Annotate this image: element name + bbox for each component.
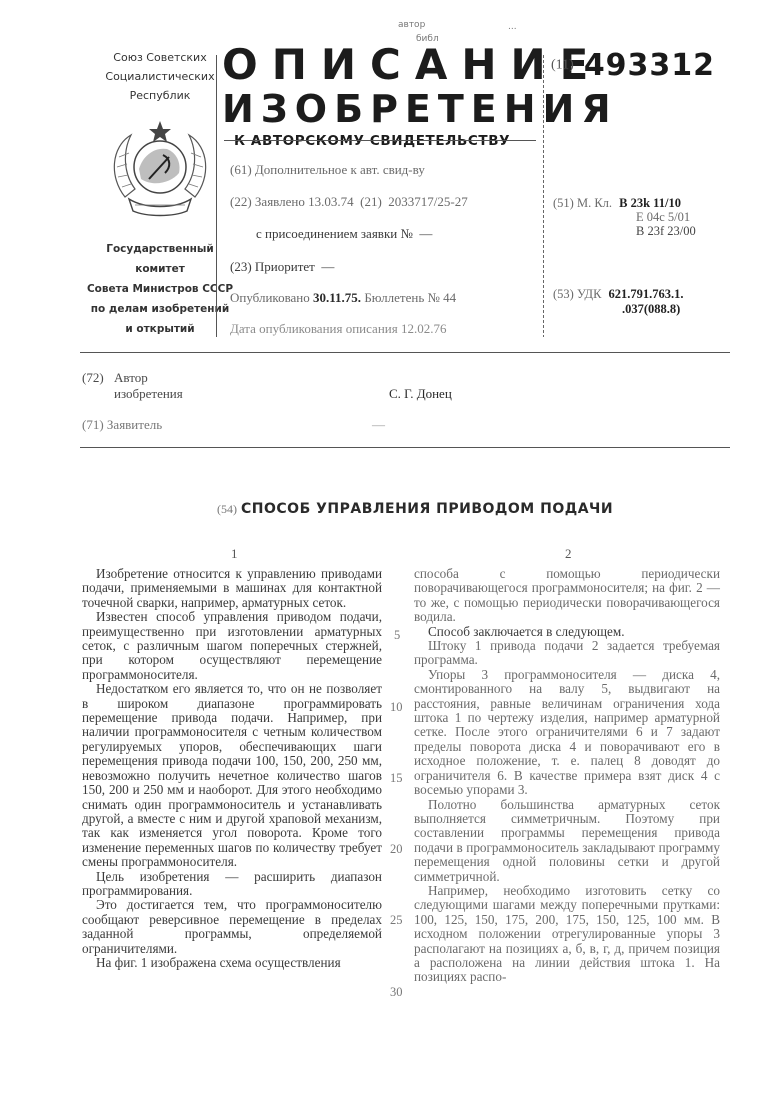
field-72-label: (72) (82, 370, 104, 386)
published-label: Опубликовано (230, 290, 310, 305)
ussr-emblem-icon (105, 117, 215, 225)
column-number-2: 2 (565, 546, 572, 562)
field-71: (71) Заявитель (82, 417, 162, 433)
title-line-certificate: К АВТОРСКОМУ СВИДЕТЕЛЬСТВУ (234, 131, 542, 151)
description-date-line: Дата опубликования описания 12.02.76 (230, 321, 446, 337)
header-bottom-rule (80, 352, 730, 353)
applicant-value: — (372, 417, 385, 433)
mkl-class-1: B 23k 11/10 (619, 196, 681, 210)
paragraph: Например, необходимо изготовить сетку со… (414, 884, 720, 985)
invention-code: (54) (217, 502, 237, 516)
invention-title: (54) СПОСОБ УПРАВЛЕНИЯ ПРИВОДОМ ПОДАЧИ (217, 500, 613, 518)
body-column-right: способа с помощью периодически поворачив… (414, 567, 720, 985)
paragraph: Известен способ управления приводом пода… (82, 610, 382, 682)
paragraph: Это достигается тем, что программоносите… (82, 898, 382, 956)
field-21-value: 2033717/25-27 (388, 194, 467, 209)
paragraph: На фиг. 1 изображена схема осуществления (82, 956, 382, 970)
paragraph: способа с помощью периодически поворачив… (414, 567, 720, 625)
line-number-30: 30 (390, 985, 403, 1000)
field-53: (53) УДК 621.791.763.1. (553, 287, 684, 302)
title-line-invention: ИЗОБРЕТЕНИЯ (222, 87, 542, 131)
field-21-label: (21) (360, 194, 382, 209)
paragraph: Упоры 3 программоносителя — диска 4, смо… (414, 668, 720, 798)
header-divider-left (216, 55, 217, 337)
doc-number: 493312 (584, 48, 715, 83)
doc-number-code: (11) (551, 58, 574, 73)
paragraph: Полотно большинства арматурных сеток вып… (414, 798, 720, 884)
field-51: (51) М. Кл. B 23k 11/10 (553, 196, 681, 211)
description-date-label: Дата опубликования описания (230, 321, 398, 336)
field-72-text-1: Автор (114, 370, 148, 386)
paragraph: Цель изобретения — расширить диапазон пр… (82, 870, 382, 899)
line-number-5: 5 (394, 628, 400, 643)
paragraph: Недостатком его является то, что он не п… (82, 682, 382, 869)
mkl-class-3: B 23f 23/00 (636, 224, 696, 239)
description-date: 12.02.76 (401, 321, 447, 336)
field-61: (61) Дополнительное к авт. свид-ву (230, 162, 425, 178)
field-53-label: (53) УДК (553, 287, 601, 301)
author-name: С. Г. Донец (389, 386, 452, 402)
line-number-15: 15 (390, 771, 403, 786)
udk-line-1: 621.791.763.1. (609, 287, 684, 301)
mkl-class-2: E 04c 5/01 (636, 210, 690, 225)
field-51-label: (51) М. Кл. (553, 196, 612, 210)
column-number-1: 1 (231, 546, 238, 562)
field-22-21: (22) Заявлено 13.03.74 (21) 2033717/25-2… (230, 194, 468, 210)
udk-line-2: .037(088.8) (622, 302, 680, 317)
field-23-label: (23) Приоритет (230, 259, 315, 274)
udk-line-2-text: .037(088.8) (622, 302, 680, 316)
paragraph: Способ заключается в следующем. (414, 625, 720, 639)
library-stamp-fragment-1: автор (398, 20, 425, 30)
field-23: (23) Приоритет — (230, 259, 334, 275)
field-72-text-2: изобретения (114, 386, 183, 402)
paragraph: Изобретение относится к управлению приво… (82, 567, 382, 610)
paragraph: Штоку 1 привода подачи 2 задается требуе… (414, 639, 720, 668)
attachment-label: с присоединением заявки № (256, 226, 413, 241)
published-date: 30.11.75. (313, 290, 361, 305)
line-number-20: 20 (390, 842, 403, 857)
invention-title-text: СПОСОБ УПРАВЛЕНИЯ ПРИВОДОМ ПОДАЧИ (241, 501, 613, 517)
document-number-block: (11) 493312 (551, 48, 715, 83)
bulletin: Бюллетень № 44 (364, 290, 456, 305)
field-22-date: 13.03.74 (308, 194, 354, 209)
attachment-value: — (419, 226, 432, 241)
field-22-label: (22) Заявлено (230, 194, 305, 209)
attachment-line: с присоединением заявки № — (256, 226, 432, 242)
authors-bottom-rule (80, 447, 730, 448)
library-stamp-fragment-3: ... (508, 22, 517, 32)
published-line: Опубликовано 30.11.75. Бюллетень № 44 (230, 290, 456, 306)
title-line-description: ОПИСАНИЕ (222, 43, 542, 87)
field-23-value: — (321, 259, 334, 274)
document-title: ОПИСАНИЕ ИЗОБРЕТЕНИЯ К АВТОРСКОМУ СВИДЕТ… (222, 43, 542, 151)
line-number-25: 25 (390, 913, 403, 928)
body-column-left: Изобретение относится к управлению приво… (82, 567, 382, 970)
line-number-10: 10 (390, 700, 403, 715)
title-underline (224, 140, 536, 141)
